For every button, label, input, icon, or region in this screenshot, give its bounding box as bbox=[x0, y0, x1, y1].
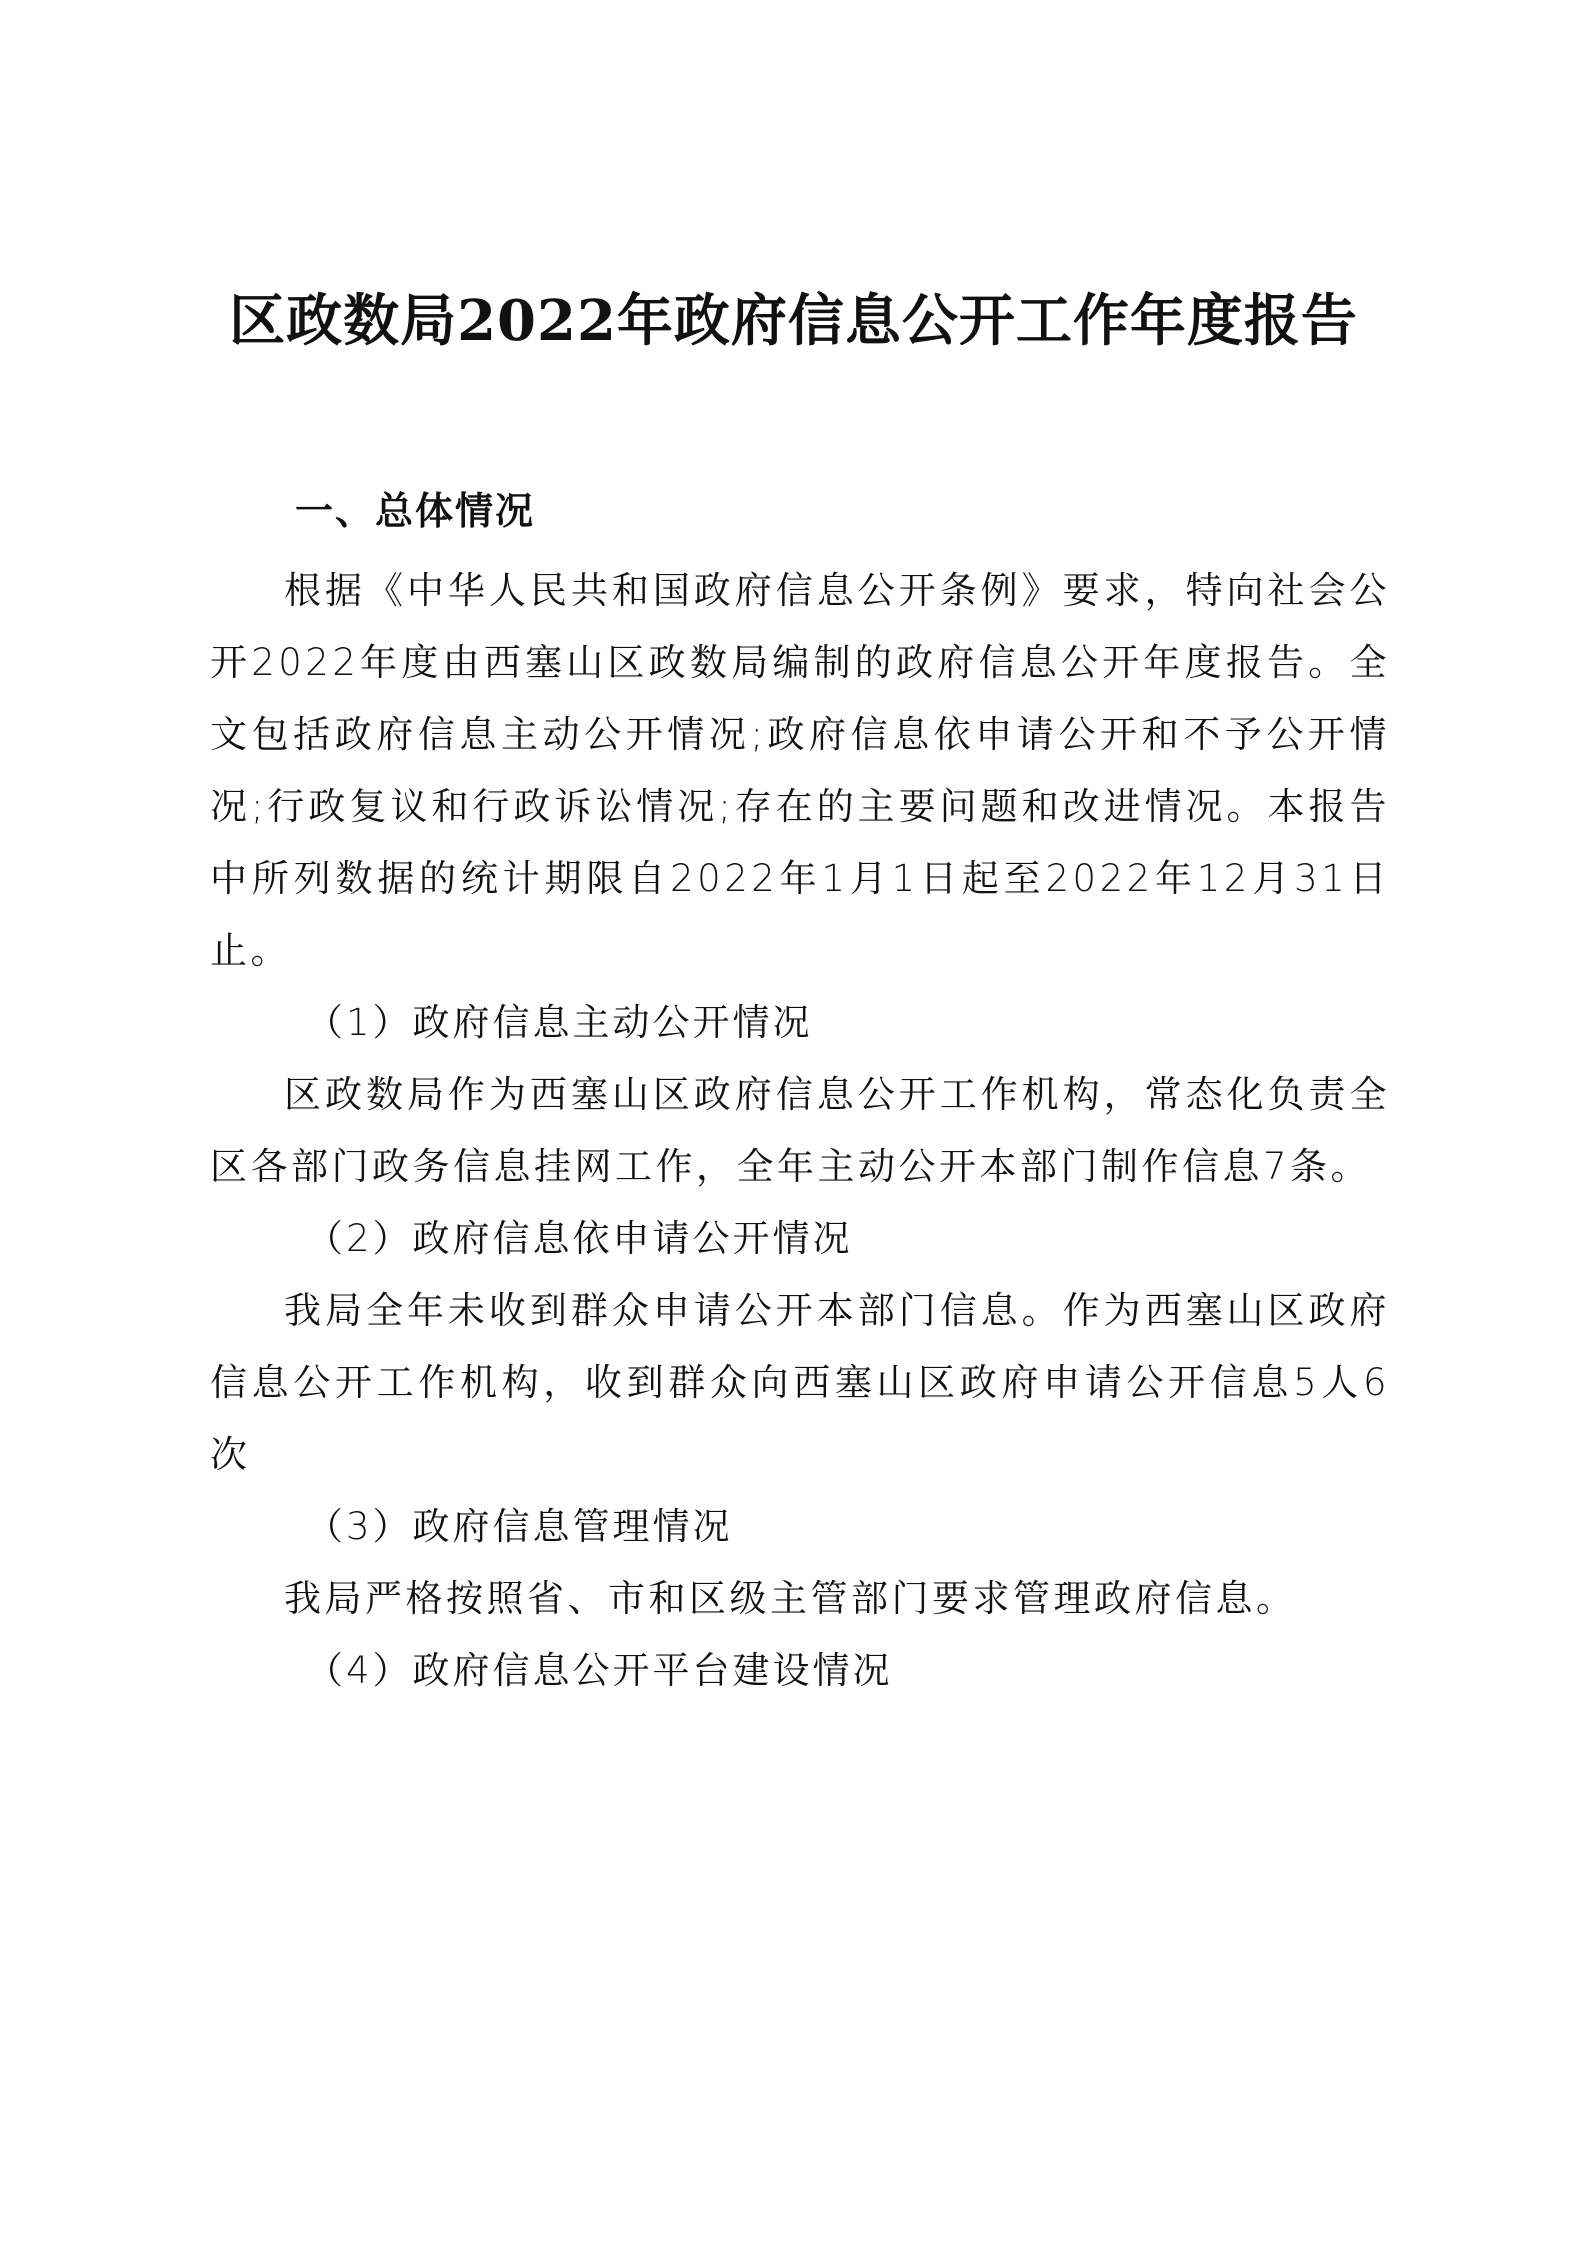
section-heading-overview: 一、总体情况 bbox=[295, 475, 535, 547]
overview-paragraph: 根据《中华人民共和国政府信息公开条例》要求，特向社会公开2022年度由西塞山区政… bbox=[210, 555, 1390, 987]
subsection-heading-3: （3）政府信息管理情况 bbox=[210, 1491, 1390, 1563]
subsection-heading-4: （4）政府信息公开平台建设情况 bbox=[210, 1635, 1390, 1707]
document-page: 区政数局2022年政府信息公开工作年度报告 一、总体情况 根据《中华人民共和国政… bbox=[0, 0, 1587, 2245]
subsection-text-1: 区政数局作为西塞山区政府信息公开工作机构，常态化负责全区各部门政务信息挂网工作，… bbox=[210, 1059, 1390, 1203]
subsection-heading-2: （2）政府信息依申请公开情况 bbox=[210, 1203, 1390, 1275]
subsection-text-3: 我局严格按照省、市和区级主管部门要求管理政府信息。 bbox=[210, 1563, 1390, 1635]
document-title: 区政数局2022年政府信息公开工作年度报告 bbox=[0, 285, 1587, 357]
document-body: 根据《中华人民共和国政府信息公开条例》要求，特向社会公开2022年度由西塞山区政… bbox=[210, 555, 1390, 1707]
subsection-heading-1: （1）政府信息主动公开情况 bbox=[210, 987, 1390, 1059]
subsection-text-2: 我局全年未收到群众申请公开本部门信息。作为西塞山区政府信息公开工作机构，收到群众… bbox=[210, 1275, 1390, 1491]
